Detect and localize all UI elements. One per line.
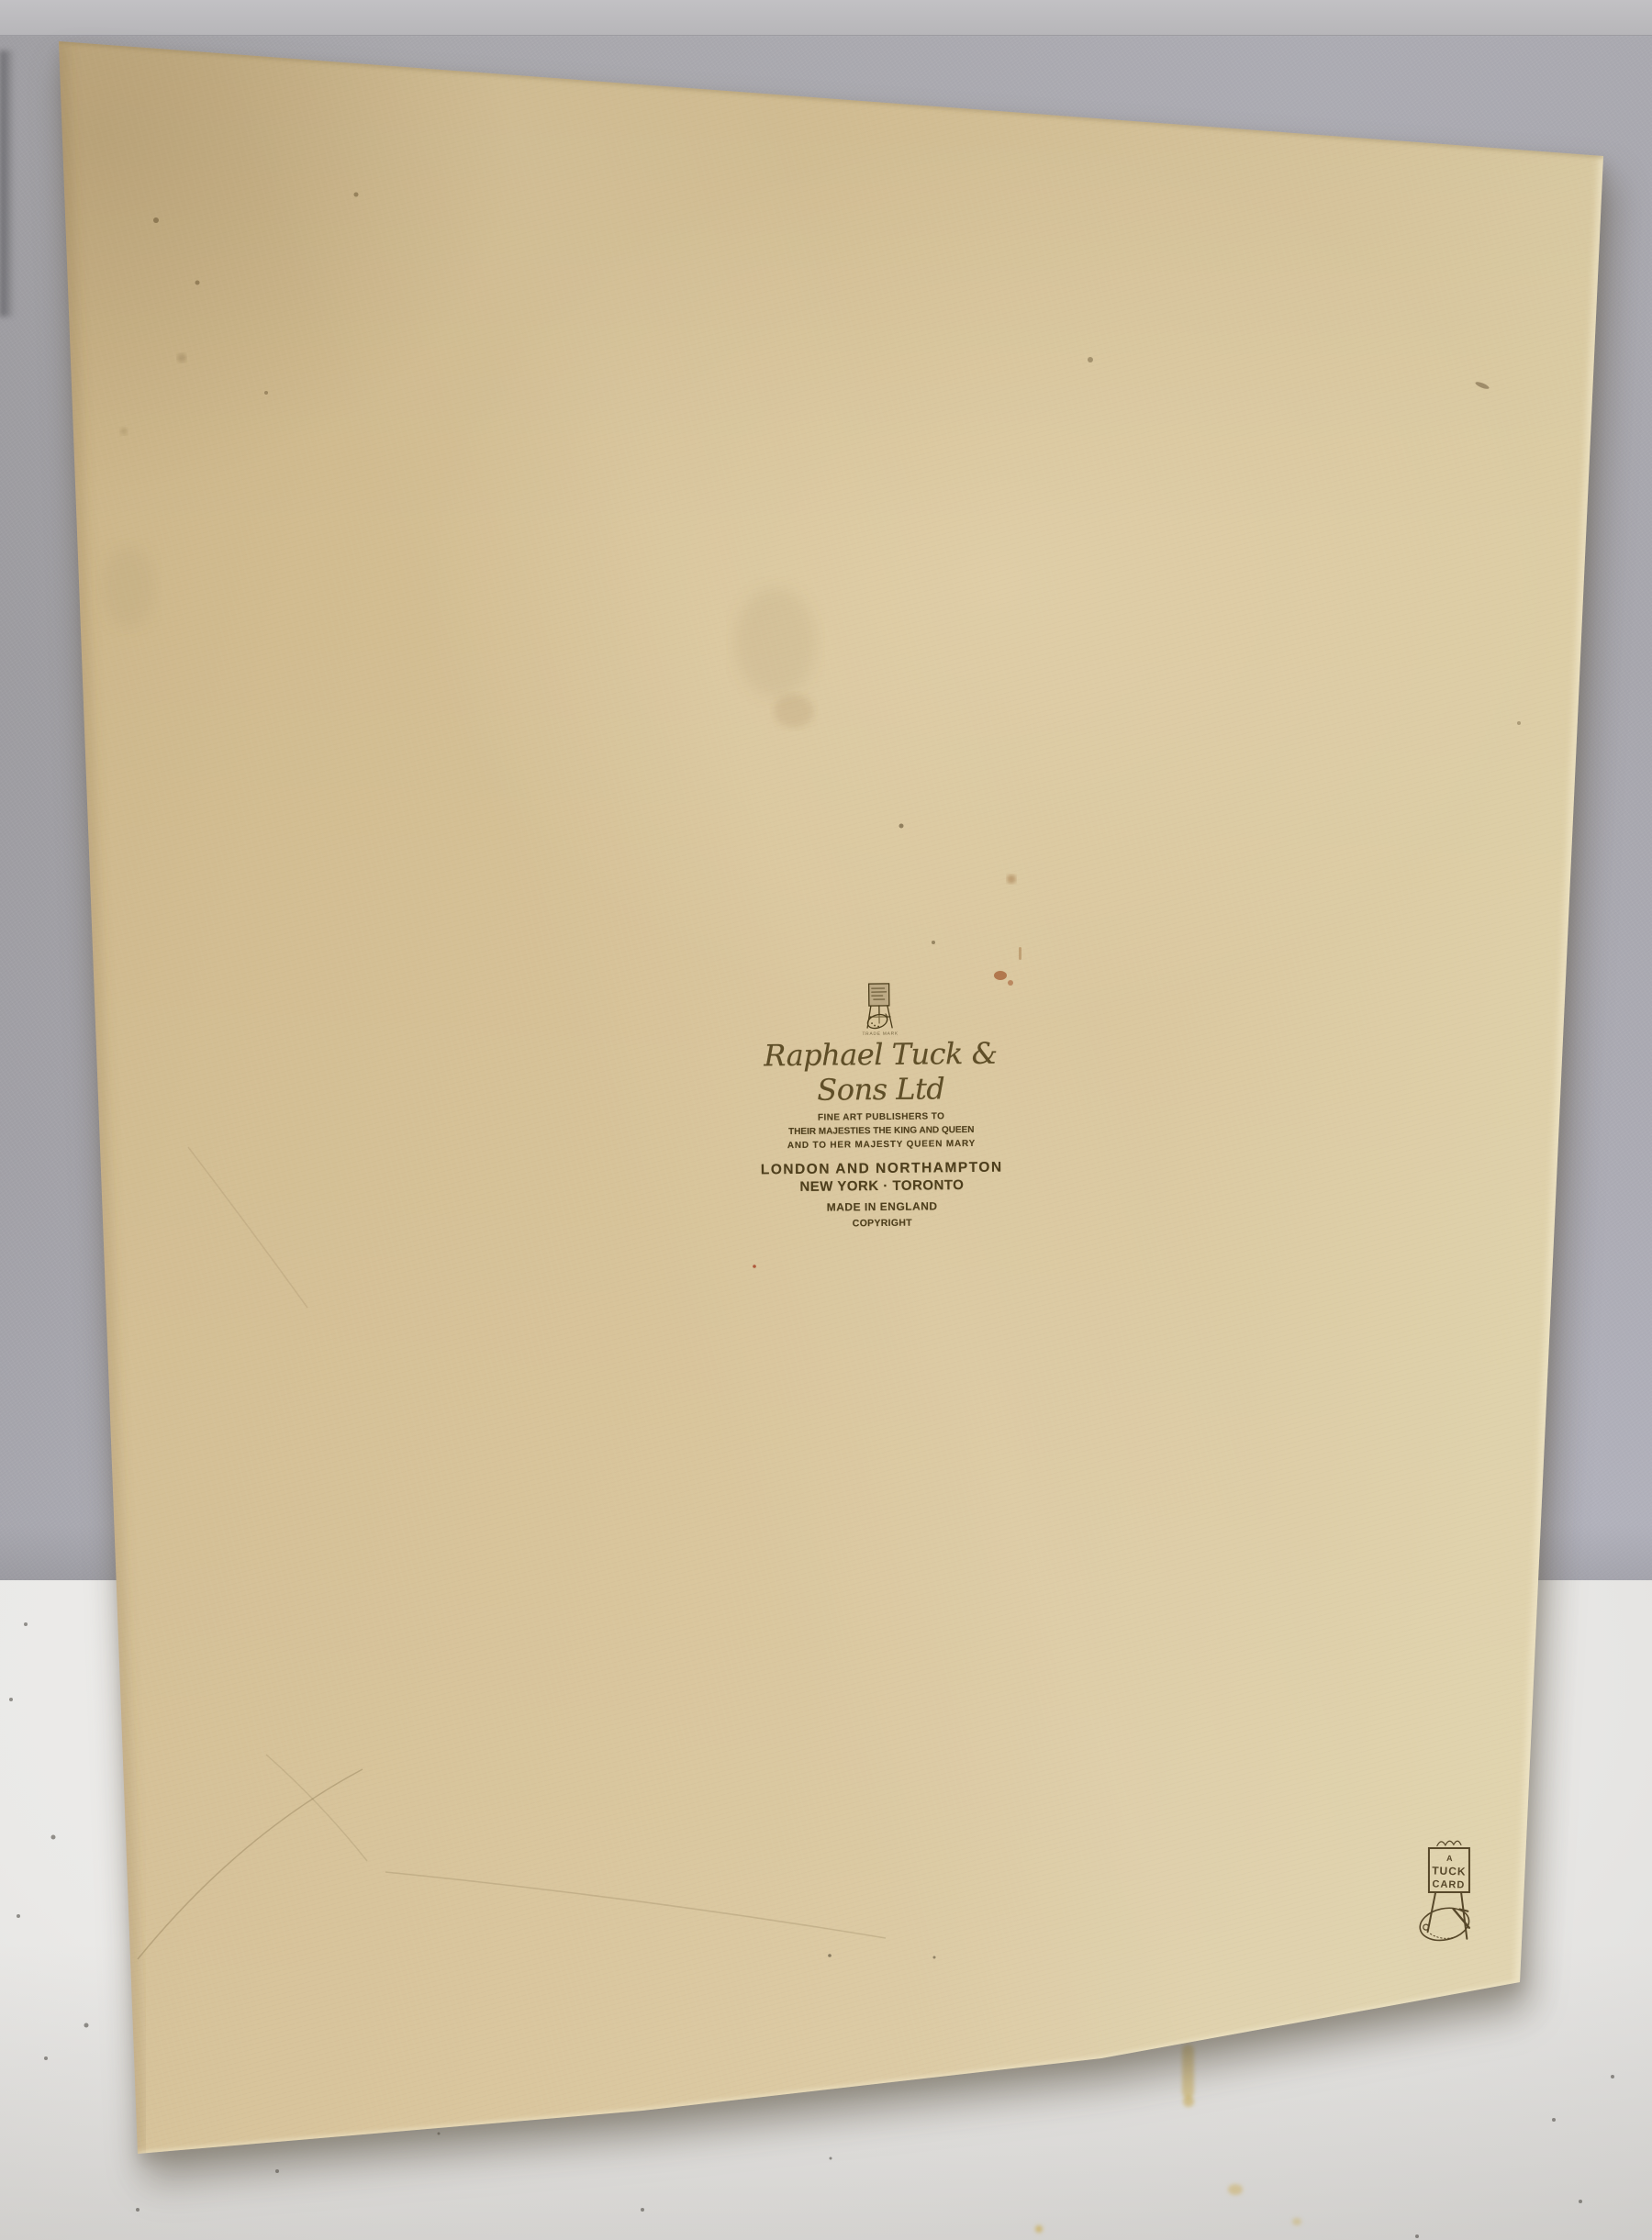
photo-card-back: TRADE MARK Raphael Tuck & Sons Ltd FINE … <box>0 0 1652 2240</box>
publisher-name-script: Raphael Tuck & Sons Ltd <box>724 1035 1037 1109</box>
easel-trademark-icon <box>862 980 899 1033</box>
publisher-imprint: TRADE MARK Raphael Tuck & Sons Ltd FINE … <box>724 978 1039 1233</box>
tuck-card-palette-easel-icon: A TUCK CARD <box>1413 1834 1485 1956</box>
imprint-line-queen-mary: AND TO HER MAJESTY QUEEN MARY <box>725 1136 1037 1153</box>
scratches <box>138 1147 886 1959</box>
imprint-line-copyright: COPYRIGHT <box>726 1214 1038 1233</box>
card-shadow-wrapper: TRADE MARK Raphael Tuck & Sons Ltd FINE … <box>0 0 1652 2240</box>
imprint-line-london: LONDON AND NORTHAMPTON <box>726 1158 1038 1180</box>
tuck-logo-line-tuck: TUCK <box>1432 1864 1467 1878</box>
tuck-logo-line-card: CARD <box>1432 1878 1465 1890</box>
tuck-logo-line-a: A <box>1446 1854 1453 1863</box>
greeting-card-back: TRADE MARK Raphael Tuck & Sons Ltd FINE … <box>0 0 1652 2240</box>
imprint-line-newyork: NEW YORK · TORONTO <box>726 1176 1038 1197</box>
